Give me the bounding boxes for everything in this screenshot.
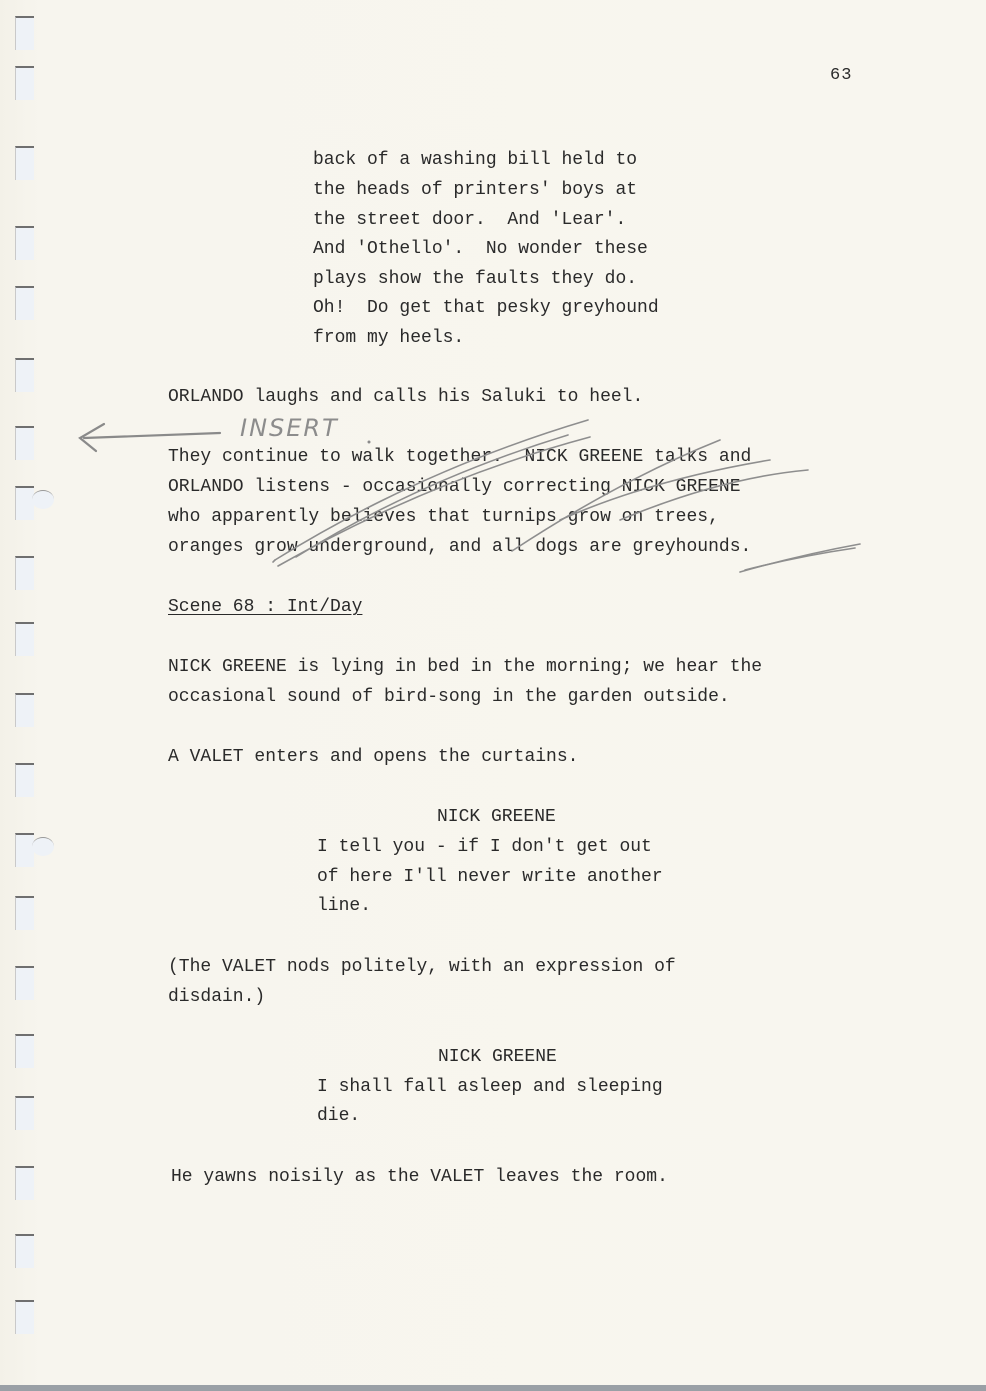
- binding-hole: [15, 763, 34, 797]
- action-line: who apparently believes that turnips gro…: [168, 507, 719, 527]
- binding-hole: [15, 226, 34, 260]
- binding-hole: [15, 693, 34, 727]
- dialogue-line: I shall fall asleep and sleeping: [317, 1077, 663, 1097]
- binding-hole: [15, 286, 34, 320]
- binding-hole-torn: [15, 486, 34, 520]
- binding-hole: [15, 358, 34, 392]
- binding-hole: [15, 1234, 34, 1268]
- script-page: 63 back of a washing bill held to the he…: [0, 0, 986, 1391]
- dialogue-line: Oh! Do get that pesky greyhound: [313, 298, 659, 318]
- page-number: 63: [830, 66, 852, 85]
- binding-hole: [15, 16, 34, 50]
- binding-hole: [15, 1034, 34, 1068]
- dialogue-line: back of a washing bill held to: [313, 150, 637, 170]
- binding-hole: [15, 556, 34, 590]
- binding-holes: [0, 0, 60, 1391]
- dialogue-line: line.: [317, 896, 371, 916]
- scene-heading: Scene 68 : Int/Day: [168, 597, 362, 617]
- binding-hole: [15, 1166, 34, 1200]
- binding-hole: [15, 966, 34, 1000]
- action-line: ORLANDO listens - occasionally correctin…: [168, 477, 741, 497]
- dialogue-line: die.: [317, 1106, 360, 1126]
- action-line: NICK GREENE is lying in bed in the morni…: [168, 657, 762, 677]
- dialogue-line: I tell you - if I don't get out: [317, 837, 652, 857]
- dialogue-line: the street door. And 'Lear'.: [313, 210, 626, 230]
- binding-hole: [15, 66, 34, 100]
- action-line: He yawns noisily as the VALET leaves the…: [171, 1167, 668, 1187]
- action-line: oranges grow underground, and all dogs a…: [168, 537, 751, 557]
- binding-hole: [15, 426, 34, 460]
- character-name: NICK GREENE: [438, 1047, 557, 1067]
- binding-hole: [15, 896, 34, 930]
- dialogue-line: plays show the faults they do.: [313, 269, 637, 289]
- character-name: NICK GREENE: [437, 807, 556, 827]
- binding-hole: [15, 1096, 34, 1130]
- parenthetical-line: (The VALET nods politely, with an expres…: [168, 957, 676, 977]
- binding-hole-torn: [15, 833, 34, 867]
- binding-hole: [15, 1300, 34, 1334]
- dialogue-line: And 'Othello'. No wonder these: [313, 239, 648, 259]
- parenthetical-line: disdain.): [168, 987, 265, 1007]
- dialogue-line: from my heels.: [313, 328, 464, 348]
- action-line: They continue to walk together. NICK GRE…: [168, 447, 751, 467]
- action-line: ORLANDO laughs and calls his Saluki to h…: [168, 387, 643, 407]
- action-line: occasional sound of bird-song in the gar…: [168, 687, 730, 707]
- binding-hole: [15, 622, 34, 656]
- insert-annotation: INSERT: [240, 414, 339, 442]
- binding-hole: [15, 146, 34, 180]
- dialogue-line: the heads of printers' boys at: [313, 180, 637, 200]
- dialogue-line: of here I'll never write another: [317, 867, 663, 887]
- page-bottom-edge: [0, 1385, 986, 1391]
- action-line: A VALET enters and opens the curtains.: [168, 747, 578, 767]
